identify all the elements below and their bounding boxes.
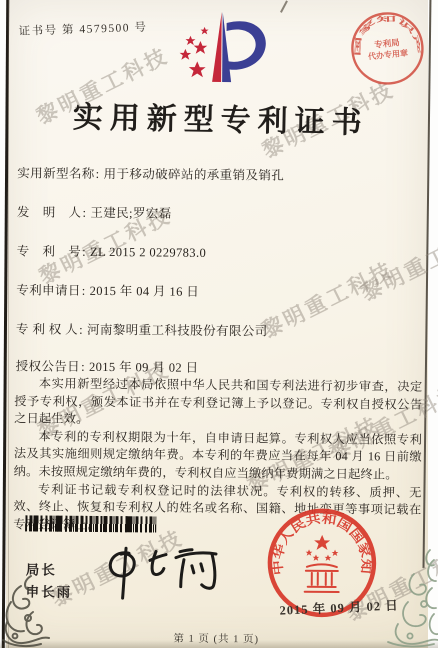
field-utility-model-name: 实用新型名称:用于移动破碎站的承重销及销孔 — [17, 163, 284, 183]
certificate-photo: 证书号 第 4579500 号 国家知识产权局 专利局 代办专用章 实用新型专利… — [0, 0, 438, 648]
director-signature — [103, 542, 232, 605]
logo-stars-icon — [179, 27, 208, 78]
seal-date: 2015 年 09 月 02 日 — [279, 595, 399, 618]
field-value: 2015 年 04 月 16 日 — [90, 284, 200, 299]
field-grant-date: 授权公告日:2015 年 09 月 02 日 — [16, 356, 199, 376]
photo-bottom-shadow — [0, 640, 438, 648]
company-watermark: 黎明重工科技 — [356, 217, 438, 308]
field-label: 专 利 号 — [17, 244, 82, 259]
agency-stamp-icon: 国家知识产权局 专利局 代办专用章 — [343, 4, 432, 93]
company-watermark: 黎明重工科技 — [256, 254, 398, 345]
logo-wedge-red — [212, 12, 222, 82]
field-value: ZL 2015 2 0229783.0 — [90, 245, 206, 260]
field-label: 实用新型名称 — [17, 166, 95, 181]
logo-p-curve — [226, 21, 266, 70]
field-label: 专 利 权 人 — [16, 322, 78, 337]
corner-ornament-bottom-left — [1, 574, 59, 648]
field-patentee: 专 利 权 人:河南黎明重工科技股份有限公司 — [16, 319, 268, 339]
sipo-logo-icon — [174, 10, 279, 93]
field-value: 2015 年 09 月 02 日 — [89, 360, 199, 375]
field-value: 河南黎明重工科技股份有限公司 — [87, 323, 268, 339]
corner-ornament-bottom-right — [384, 548, 438, 648]
agency-stamp-line1: 专利局 — [374, 37, 401, 49]
field-value: 用于移动破碎站的承重销及销孔 — [104, 167, 285, 183]
field-value: 王建民;罗宏磊 — [90, 206, 171, 221]
field-patent-number: 专 利 号:ZL 2015 2 0229783.0 — [17, 241, 207, 261]
national-emblem-icon — [305, 535, 339, 592]
field-label: 发 明 人 — [17, 205, 82, 220]
body-paragraph: 本专利的专利权期限为十年，自申请日起算。专利权人应当依照专利法及其实施细则规定缴… — [14, 428, 422, 484]
field-label: 专利申请日 — [16, 283, 81, 298]
certificate-title: 实用新型专利证书 — [1, 91, 438, 143]
body-paragraph: 本实用新型经过本局依照中华人民共和国专利法进行初步审查，决定授予专利权，颁发本证… — [14, 375, 422, 431]
field-inventor: 发 明 人:王建民;罗宏磊 — [17, 202, 172, 221]
field-label: 授权公告日 — [16, 359, 81, 374]
barcode — [25, 515, 156, 532]
certificate-number: 证书号 第 4579500 号 — [18, 19, 147, 39]
field-filing-date: 专利申请日:2015 年 04 月 16 日 — [16, 280, 199, 300]
